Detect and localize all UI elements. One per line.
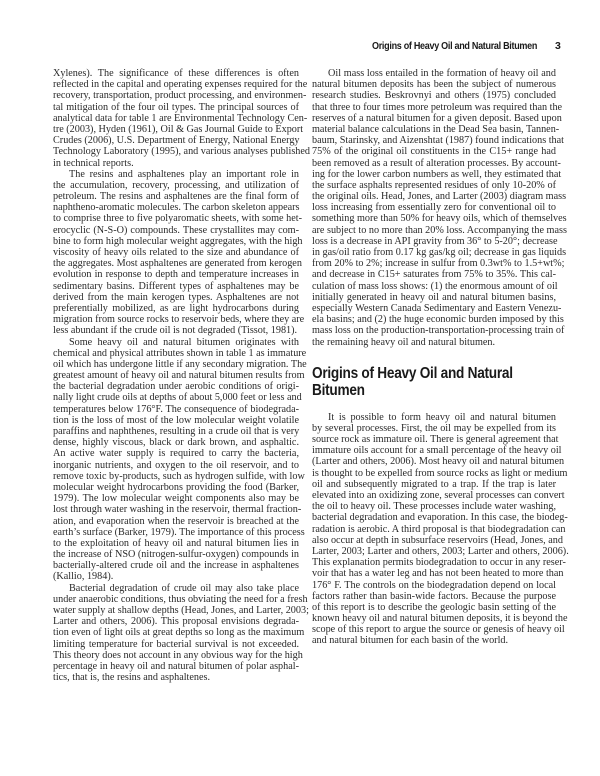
right-column-body-top: Oil mass loss entailed in the formation … <box>312 68 556 348</box>
text-line: water supply at shallow depths (Head, Jo… <box>53 605 299 616</box>
text-line: tre (2003), Hyden (1961), Oil & Gas Jour… <box>53 124 299 135</box>
text-line: the surface asphalts represented residue… <box>312 180 556 191</box>
text-line: Xylenes). The significance of these diff… <box>53 68 299 79</box>
text-line: especially Western Canada Sedimentary an… <box>312 303 556 314</box>
text-line: and natural bitumen for each basin of th… <box>312 635 556 646</box>
text-line: the increase of NSO (nitrogen-sulfur-oxy… <box>53 549 299 560</box>
paragraph: It is possible to form heavy oil and nat… <box>312 412 556 647</box>
text-line: inorganic nutrients, and oxygen to the o… <box>53 460 299 471</box>
text-line: factors rather than basin-wide factors. … <box>312 591 556 602</box>
text-line: limiting temperature for bacterial survi… <box>53 639 299 650</box>
document-page: Origins of Heavy Oil and Natural Bitumen… <box>0 0 600 776</box>
text-line: oil and subsequently migrated to a trap.… <box>312 479 556 490</box>
text-line: and decrease in C15+ saturates from 75% … <box>312 269 556 280</box>
paragraph: Some heavy oil and natural bitumen origi… <box>53 337 299 583</box>
text-line: erocyclic (N-S-O) compounds. These cryst… <box>53 225 299 236</box>
text-line: radation is aerobic. A third proposal is… <box>312 524 556 535</box>
text-line: viscosity of heavy oils related to the s… <box>53 247 299 258</box>
text-line: in technical reports. <box>53 158 299 169</box>
right-column-body-bottom: It is possible to form heavy oil and nat… <box>312 412 556 647</box>
text-line: also occur at depth in subsurface reserv… <box>312 535 556 546</box>
text-line: lost through water washing in the reserv… <box>53 504 299 515</box>
text-line: percentage in heavy oil and natural bitu… <box>53 661 299 672</box>
text-line: culation of mass loss shows: (1) the eno… <box>312 281 556 292</box>
text-line: Technology Laboratory (1995), and variou… <box>53 146 299 157</box>
text-line: are subject to no more than 20% loss. Ac… <box>312 225 556 236</box>
section-heading: Origins of Heavy Oil and Natural Bitumen <box>312 365 556 400</box>
text-line: 176° F. The controls on the biodegradati… <box>312 580 556 591</box>
text-line: 1979). The low molecular weight componen… <box>53 493 299 504</box>
text-line: molecular weight hydrocarbons providing … <box>53 482 299 493</box>
text-line: Crudes (2006), U.S. Department of Energy… <box>53 135 299 146</box>
text-line: (Kallio, 1984). <box>53 571 299 582</box>
text-line: This theory does not account in any obvi… <box>53 650 299 661</box>
text-line: reflected in the capital and operating e… <box>53 79 299 90</box>
text-line: oil which has undergone little if any se… <box>53 359 299 370</box>
text-line: elevated into an oxidizing zone, several… <box>312 490 556 501</box>
text-line: derived from the main kerogen types. Asp… <box>53 292 299 303</box>
text-line: to comprise three to five polyaromatic s… <box>53 213 299 224</box>
text-line: preferentially mobilized, as are light h… <box>53 303 299 314</box>
text-line: the aggregates. Most asphaltenes are gen… <box>53 258 299 269</box>
text-line: the remaining heavy oil and natural bitu… <box>312 337 556 348</box>
text-line: initially generated in heavy oil and nat… <box>312 292 556 303</box>
text-line: something more than 50% for heavy oils, … <box>312 213 556 224</box>
text-line: tal mitigation of the four oil types. Th… <box>53 102 299 113</box>
text-line: by several processes. First, the oil may… <box>312 423 556 434</box>
paragraph: Bacterial degradation of crude oil may a… <box>53 583 299 684</box>
text-line: the bacterial degradation under aerobic … <box>53 381 299 392</box>
text-line: voir that has a water leg and has not be… <box>312 568 556 579</box>
text-line: is thought to be expelled from source ro… <box>312 468 556 479</box>
right-column: Oil mass loss entailed in the formation … <box>312 68 556 647</box>
text-line: 75% of the original oil constituents in … <box>312 146 556 157</box>
text-line: Larter, 2003; Larter and others, 2003; L… <box>312 546 556 557</box>
left-column: Xylenes). The significance of these diff… <box>53 68 299 683</box>
text-line: ela basins; and (2) the huge economic bu… <box>312 314 556 325</box>
text-line: reserves of a natural bitumen for a give… <box>312 113 556 124</box>
text-line: mass loss on the production-transportati… <box>312 325 556 336</box>
text-line: source rock as immature oil. There is ge… <box>312 434 556 445</box>
text-line: recovery, transportation, product proces… <box>53 90 299 101</box>
text-line: from 20% to 2%; increase in sulfur from … <box>312 258 556 269</box>
text-line: (Larter and others, 2006). Most heavy oi… <box>312 456 556 467</box>
running-header: Origins of Heavy Oil and Natural Bitumen… <box>372 40 562 54</box>
text-line: natural bitumen deposits has been the su… <box>312 79 556 90</box>
text-line: chemical and physical attributes shown i… <box>53 348 299 359</box>
text-line: greatest amount of heavy oil and natural… <box>53 370 299 381</box>
text-line: known heavy oil and natural bitumen depo… <box>312 613 556 624</box>
text-line: petroleum. The resins and asphaltenes ar… <box>53 191 299 202</box>
text-line: sedimentary basins. Different types of a… <box>53 281 299 292</box>
text-line: Larter and others, 2006). This proposal … <box>53 616 299 627</box>
text-line: tics, that is, the resins and asphaltene… <box>53 672 299 683</box>
text-line: tion is the loss of most of the low mole… <box>53 415 299 426</box>
paragraph: Oil mass loss entailed in the formation … <box>312 68 556 348</box>
text-line: evolution in response to depth and tempe… <box>53 269 299 280</box>
text-line: the accumulation, recovery, processing, … <box>53 180 299 191</box>
text-line: research studies. Beskrovnyi and others … <box>312 90 556 101</box>
text-line: This explanation permits biodegradation … <box>312 557 556 568</box>
text-line: nally light crude oils at depths of abou… <box>53 392 299 403</box>
text-line: dense, highly viscous, black or dark bro… <box>53 437 299 448</box>
text-line: baum, Starinsky, and Aizenshtat (1987) f… <box>312 135 556 146</box>
text-line: tion even of light oils at great depths … <box>53 627 299 638</box>
text-line: An active water supply is required to ca… <box>53 448 299 459</box>
section-heading-line-2: Bitumen <box>312 382 527 400</box>
text-line: under anaerobic conditions, thus obviati… <box>53 594 299 605</box>
paragraph: Xylenes). The significance of these diff… <box>53 68 299 169</box>
text-line: in gas/oil ratio from 0.17 kg gas/kg oil… <box>312 247 556 258</box>
text-line: bine to form high molecular weight aggre… <box>53 236 299 247</box>
text-line: bacterially-altered crude oil and the in… <box>53 560 299 571</box>
running-title: Origins of Heavy Oil and Natural Bitumen <box>372 40 537 52</box>
text-line: bacterial degradation and evaporation. I… <box>312 512 556 523</box>
text-line: material balance calculations in the Dea… <box>312 124 556 135</box>
text-line: that three to four times more petroleum … <box>312 102 556 113</box>
text-line: Bacterial degradation of crude oil may a… <box>53 583 299 594</box>
text-line: remove toxic by-products, such as hydrog… <box>53 471 299 482</box>
text-line: ation, and evaporation when the reservoi… <box>53 516 299 527</box>
text-line: It is possible to form heavy oil and nat… <box>312 412 556 423</box>
text-line: the oil to heavy oil. These processes in… <box>312 501 556 512</box>
text-line: analytical data for table 1 are Environm… <box>53 113 299 124</box>
text-line: Oil mass loss entailed in the formation … <box>312 68 556 79</box>
text-line: immature oils account for a small percen… <box>312 445 556 456</box>
text-line: naphtheno-aromatic molecules. The carbon… <box>53 202 299 213</box>
text-line: earth’s surface (Barker, 1979). The impo… <box>53 527 299 538</box>
paragraph: The resins and asphaltenes play an impor… <box>53 169 299 337</box>
text-line: loss increasing from essentially zero fo… <box>312 202 556 213</box>
section-heading-line-1: Origins of Heavy Oil and Natural <box>312 365 527 383</box>
text-line: loss is a decrease in API gravity from 3… <box>312 236 556 247</box>
text-line: Some heavy oil and natural bitumen origi… <box>53 337 299 348</box>
text-line: less abundant if the crude oil is not de… <box>53 325 299 336</box>
page-number: 3 <box>555 40 561 52</box>
text-line: to the exploitation of heavy oil and nat… <box>53 538 299 549</box>
text-line: scope of this report to argue the source… <box>312 624 556 635</box>
text-line: paraffins and naphthenes, resulting in a… <box>53 426 299 437</box>
text-line: temperatures below 176°F. The consequenc… <box>53 404 299 415</box>
text-line: The resins and asphaltenes play an impor… <box>53 169 299 180</box>
text-line: of this report is to describe the geolog… <box>312 602 556 613</box>
text-line: been removed as a result of alteration p… <box>312 158 556 169</box>
text-line: the original oils. Head, Jones, and Lart… <box>312 191 556 202</box>
text-line: migration from source rocks to reservoir… <box>53 314 299 325</box>
text-line: ing for the lower carbon numbers as well… <box>312 169 556 180</box>
